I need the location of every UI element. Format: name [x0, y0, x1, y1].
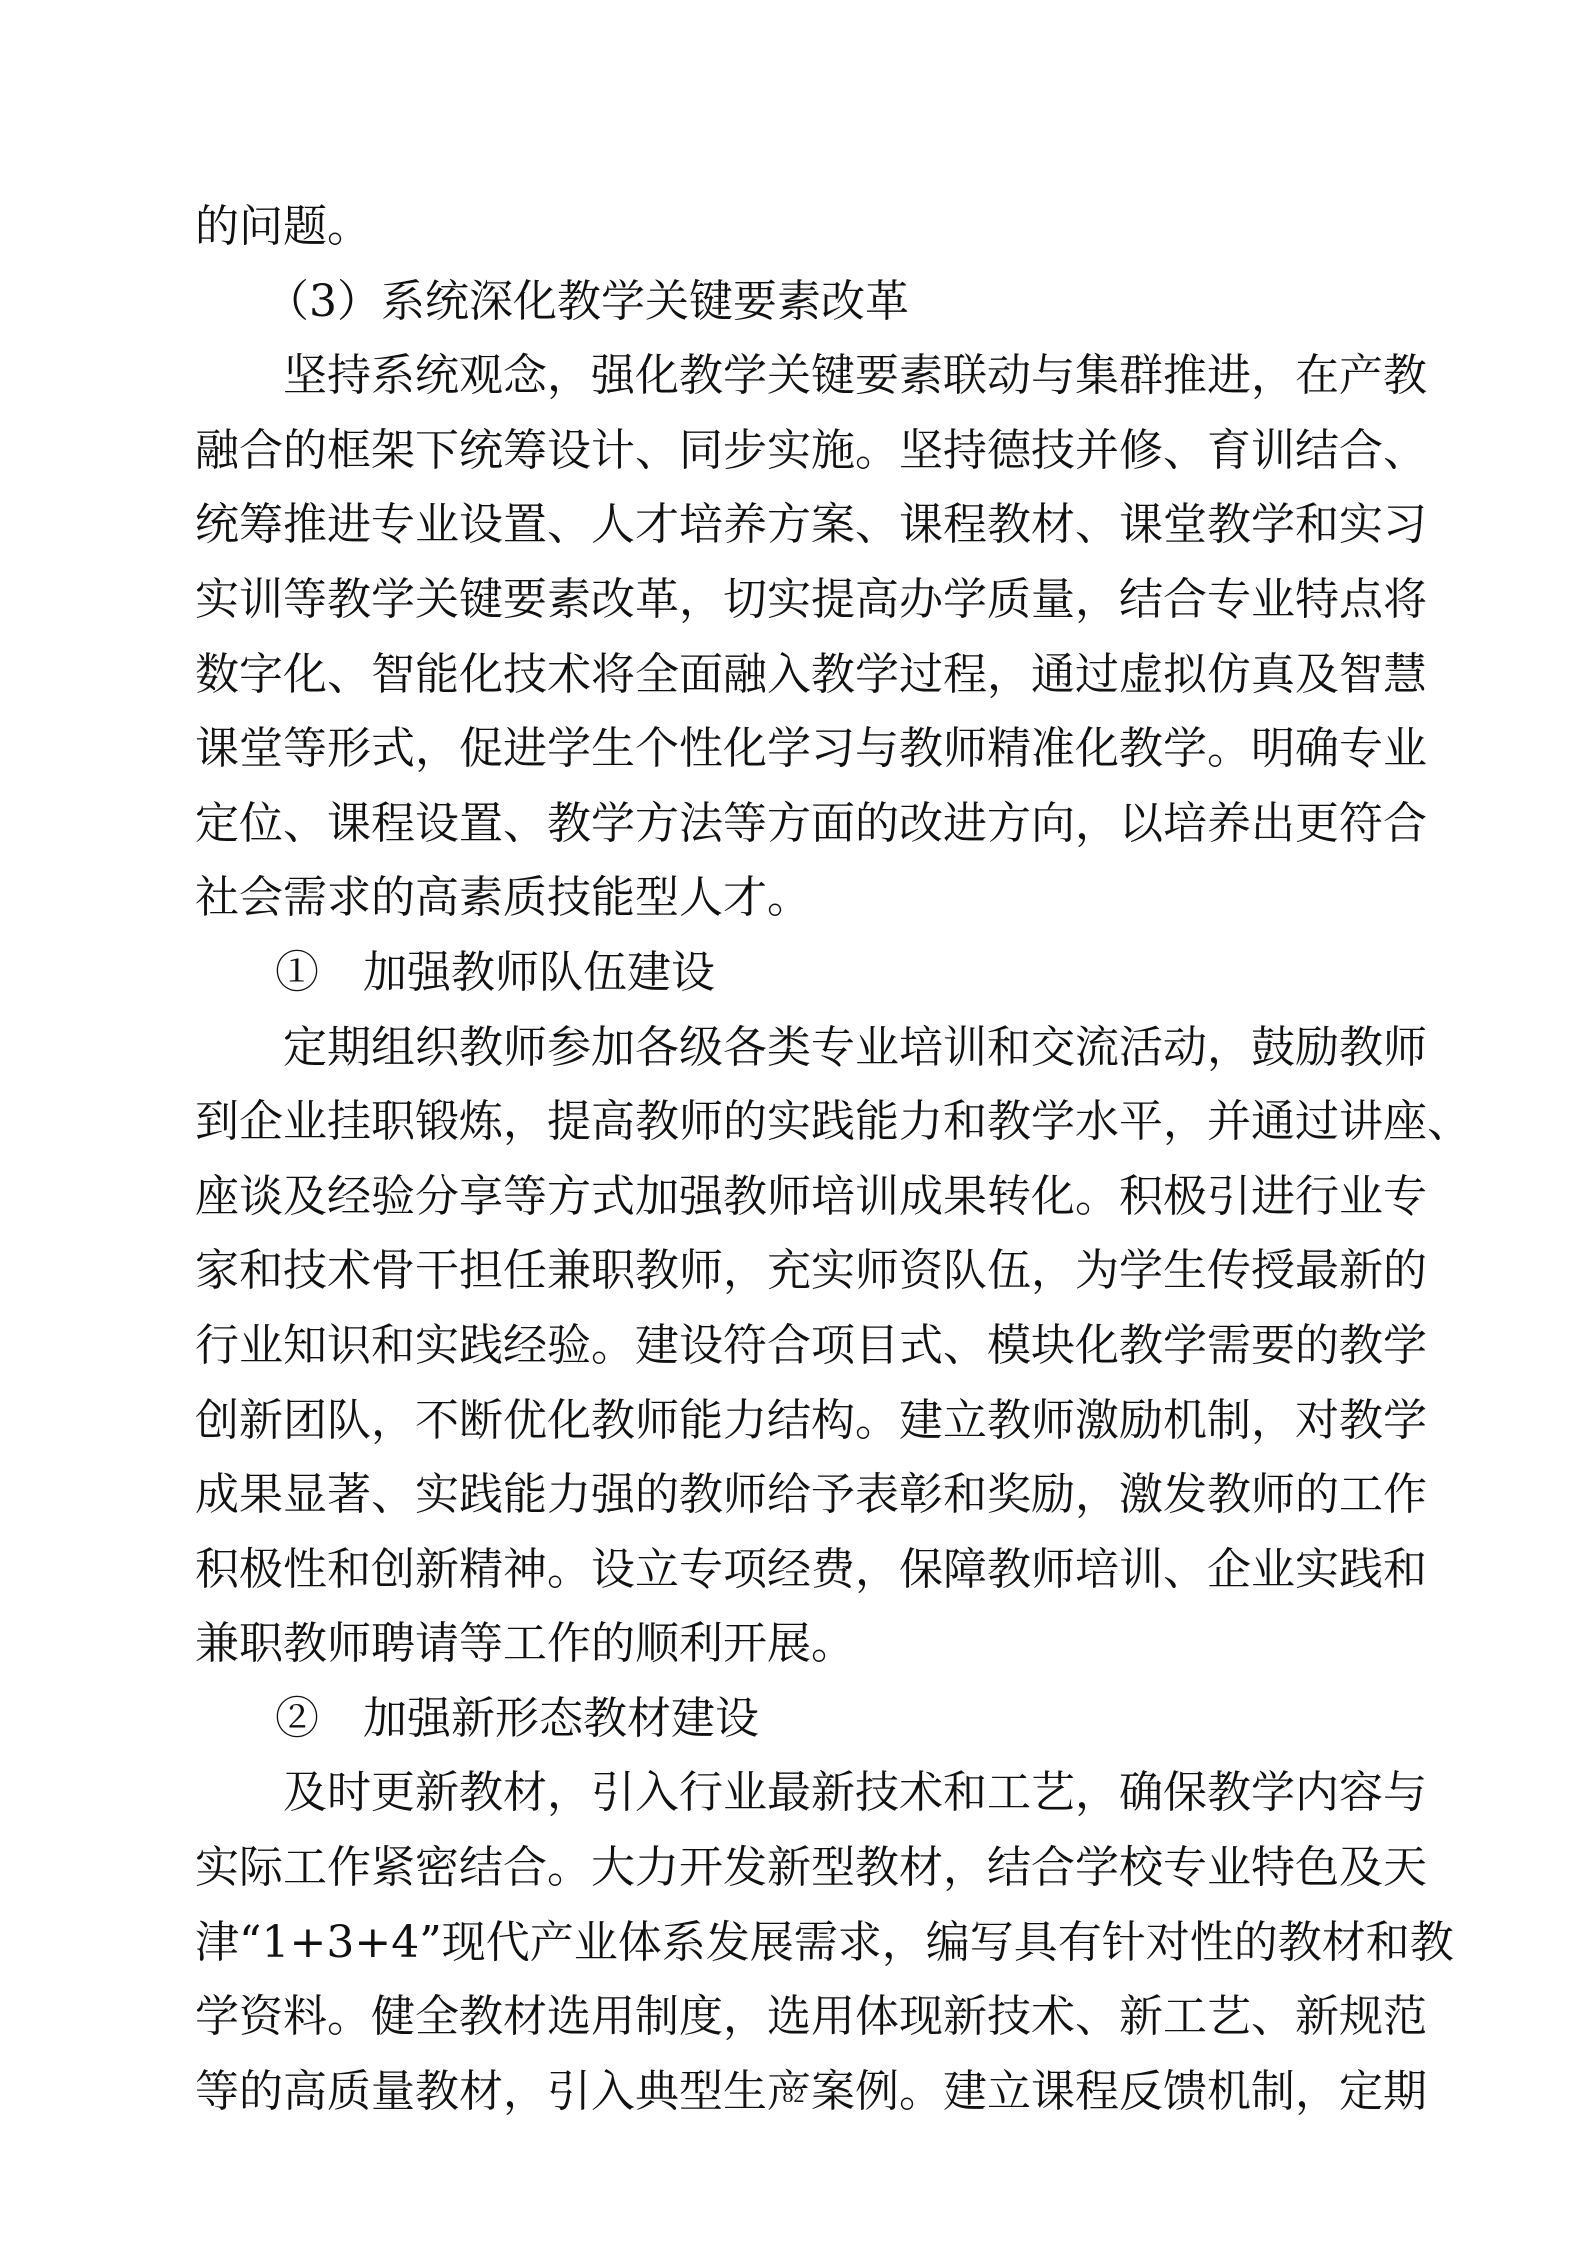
paragraph-line: 定位、课程设置、教学方法等方面的改进方向，以培养出更符合 — [195, 787, 1400, 862]
paragraph-line: 行业知识和实践经验。建设符合项目式、模块化教学需要的教学 — [195, 1309, 1400, 1384]
paragraph-line: 家和技术骨干担任兼职教师，充实师资队伍，为学生传授最新的 — [195, 1234, 1400, 1309]
paragraph-line: 及时更新教材，引入行业最新技术和工艺，确保教学内容与 — [195, 1756, 1400, 1831]
paragraph-line: 兼职教师聘请等工作的顺利开展。 — [195, 1607, 1400, 1682]
paragraph-line: 积极性和创新精神。设立专项经费，保障教师培训、企业实践和 — [195, 1533, 1400, 1608]
paragraph-line: 坚持系统观念，强化教学关键要素联动与集群推进，在产教 — [195, 339, 1400, 414]
page-number: 82 — [0, 2082, 1587, 2108]
paragraph-line: 成果显著、实践能力强的教师给予表彰和奖励，激发教师的工作 — [195, 1458, 1400, 1533]
paragraph-line: 课堂等形式，促进学生个性化学习与教师精准化教学。明确专业 — [195, 712, 1400, 787]
paragraph-end-line: 的问题。 — [195, 190, 1400, 265]
paragraph-line: 实训等教学关键要素改革，切实提高办学质量，结合专业特点将 — [195, 563, 1400, 638]
subsection-heading: ② 加强新形态教材建设 — [195, 1682, 1400, 1757]
paragraph-line: 统筹推进专业设置、人才培养方案、课程教材、课堂教学和实习 — [195, 488, 1400, 563]
document-body: 的问题。 （3）系统深化教学关键要素改革 坚持系统观念，强化教学关键要素联动与集… — [195, 190, 1400, 2129]
paragraph-line: 到企业挂职锻炼，提高教师的实践能力和教学水平，并通过讲座、 — [195, 1085, 1400, 1160]
paragraph-line: 津“1+3+4”现代产业体系发展需求，编写具有针对性的教材和教 — [195, 1906, 1400, 1981]
paragraph-line: 座谈及经验分享等方式加强教师培训成果转化。积极引进行业专 — [195, 1160, 1400, 1235]
paragraph-line: 定期组织教师参加各级各类专业培训和交流活动，鼓励教师 — [195, 1011, 1400, 1086]
paragraph-line: 实际工作紧密结合。大力开发新型教材，结合学校专业特色及天 — [195, 1831, 1400, 1906]
paragraph-line: 学资料。健全教材选用制度，选用体现新技术、新工艺、新规范 — [195, 1980, 1400, 2055]
paragraph-line: 创新团队，不断优化教师能力结构。建立教师激励机制，对教学 — [195, 1384, 1400, 1459]
paragraph-line: 数字化、智能化技术将全面融入教学过程，通过虚拟仿真及智慧 — [195, 638, 1400, 713]
section-heading: （3）系统深化教学关键要素改革 — [195, 265, 1400, 340]
subsection-heading: ① 加强教师队伍建设 — [195, 936, 1400, 1011]
paragraph-line: 社会需求的高素质技能型人才。 — [195, 861, 1400, 936]
paragraph-line: 融合的框架下统筹设计、同步实施。坚持德技并修、育训结合、 — [195, 414, 1400, 489]
